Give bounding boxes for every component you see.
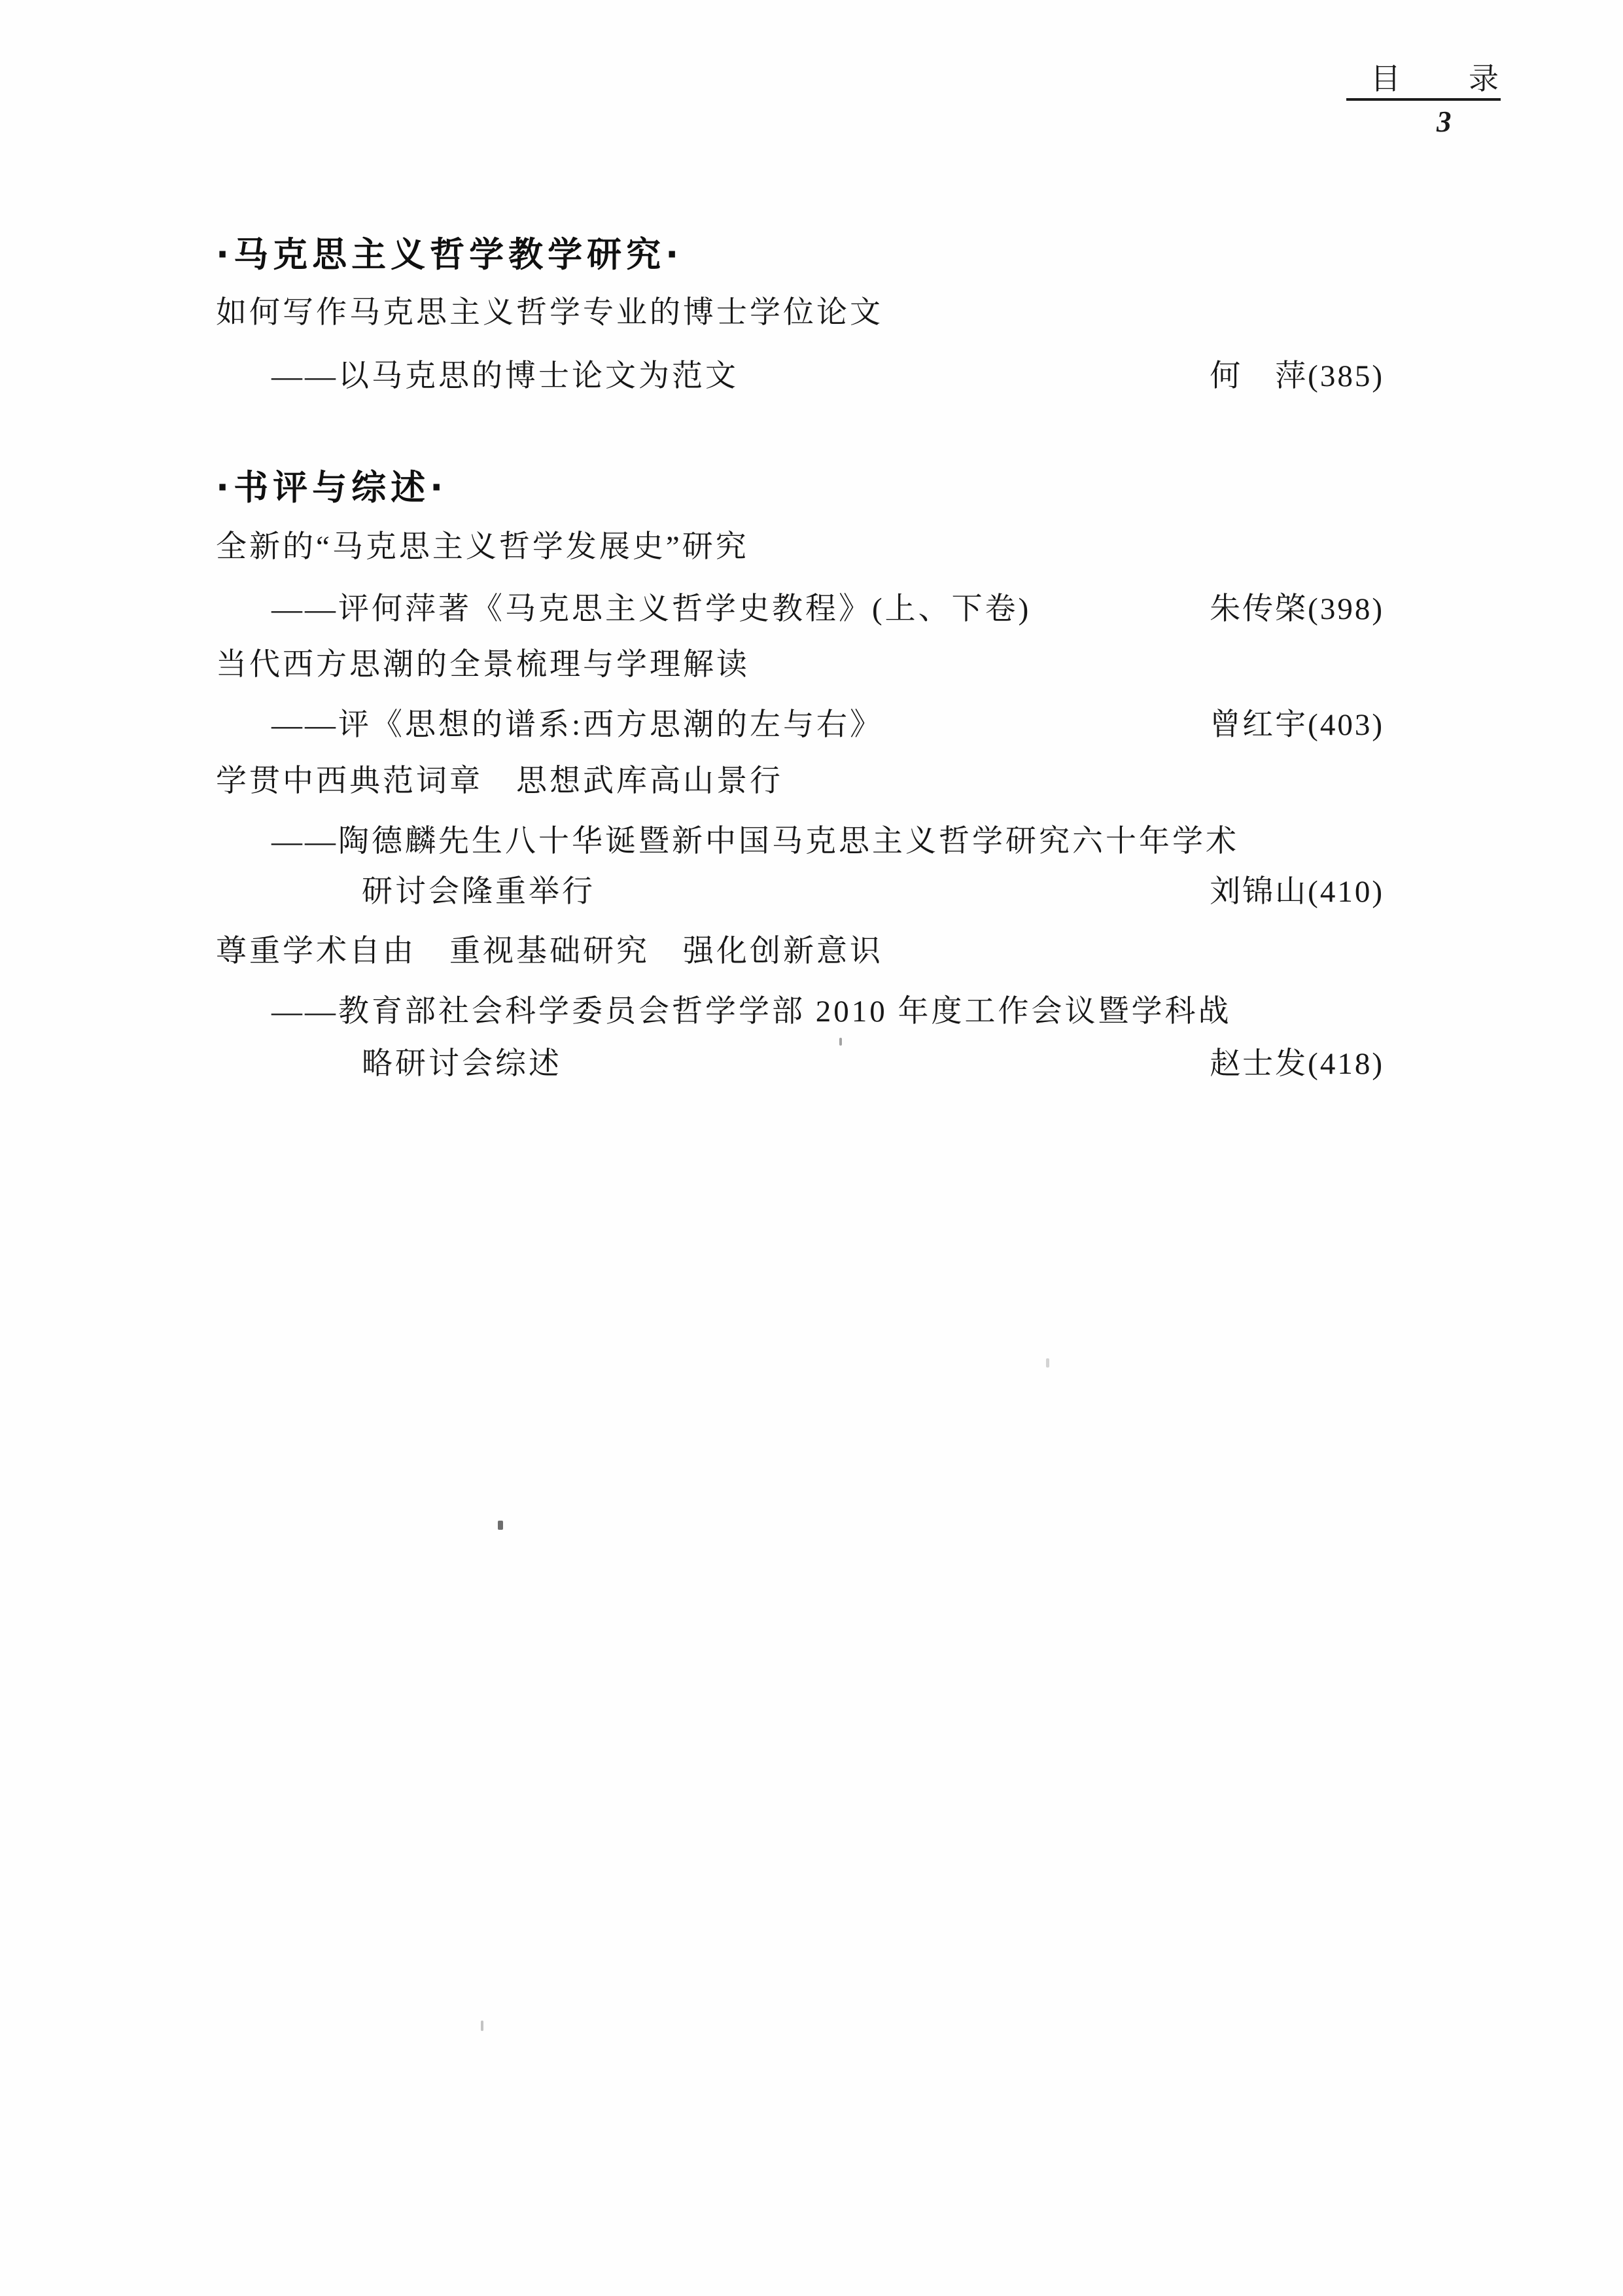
entry-subtitle: 略研讨会综述 <box>362 1046 562 1082</box>
entry-title: 如何写作马克思主义哲学专业的博士学位论文 <box>216 294 1384 331</box>
header-rule <box>1346 98 1501 101</box>
page-header-title: 目 录 <box>1370 55 1501 98</box>
entry-title: 全新的“马克思主义哲学发展史”研究 <box>216 529 1384 565</box>
entry-subline: ——评《思想的谱系:西方思潮的左与右》 曾红宇(403) <box>216 707 1384 743</box>
entry-continuation: 略研讨会综述 赵士发(418) <box>216 1046 1384 1082</box>
entry-subtitle: 研讨会隆重举行 <box>362 874 595 910</box>
entry-subline: ——评何萍著《马克思主义哲学史教程》(上、下卷) 朱传棨(398) <box>216 591 1384 627</box>
entry-subtitle: ——评《思想的谱系:西方思潮的左与右》 <box>271 707 883 743</box>
entry-author-page: 何 萍(385) <box>1183 358 1384 395</box>
scan-speck <box>1046 1358 1049 1368</box>
section-heading-marxist-philosophy-teaching: ·马克思主义哲学教学研究· <box>216 234 1384 276</box>
entry-subtitle: ——教育部社会科学委员会哲学学部 2010 年度工作会议暨学科战 <box>271 993 1232 1030</box>
entry-subline: ——陶德麟先生八十华诞暨新中国马克思主义哲学研究六十年学术 <box>216 823 1384 860</box>
entry-title: 当代西方思潮的全景梳理与学理解读 <box>216 646 1384 683</box>
entry-subline: ——教育部社会科学委员会哲学学部 2010 年度工作会议暨学科战 <box>216 993 1384 1030</box>
entry-title: 尊重学术自由 重视基础研究 强化创新意识 <box>216 933 1384 970</box>
entry-author-page: 朱传棨(398) <box>1183 591 1384 627</box>
entry-author-page: 刘锦山(410) <box>1183 874 1384 910</box>
scan-speck <box>839 1038 842 1046</box>
scan-speck <box>481 2021 483 2031</box>
entry-title: 学贯中西典范词章 思想武库高山景行 <box>216 763 1384 800</box>
entry-subtitle: ——以马克思的博士论文为范文 <box>271 358 739 395</box>
section-heading-book-reviews: ·书评与综述· <box>216 467 1384 509</box>
entry-author-page: 赵士发(418) <box>1183 1046 1384 1082</box>
entry-subtitle: ——评何萍著《马克思主义哲学史教程》(上、下卷) <box>271 591 1031 627</box>
scan-speck <box>498 1521 503 1530</box>
toc-page: 目 录 3 ·马克思主义哲学教学研究· 如何写作马克思主义哲学专业的博士学位论文… <box>0 0 1623 2296</box>
page-number: 3 <box>1437 105 1452 139</box>
entry-subtitle: ——陶德麟先生八十华诞暨新中国马克思主义哲学研究六十年学术 <box>271 823 1239 860</box>
entry-subline: ——以马克思的博士论文为范文 何 萍(385) <box>216 358 1384 395</box>
entry-continuation: 研讨会隆重举行 刘锦山(410) <box>216 874 1384 910</box>
entry-author-page: 曾红宇(403) <box>1183 707 1384 743</box>
